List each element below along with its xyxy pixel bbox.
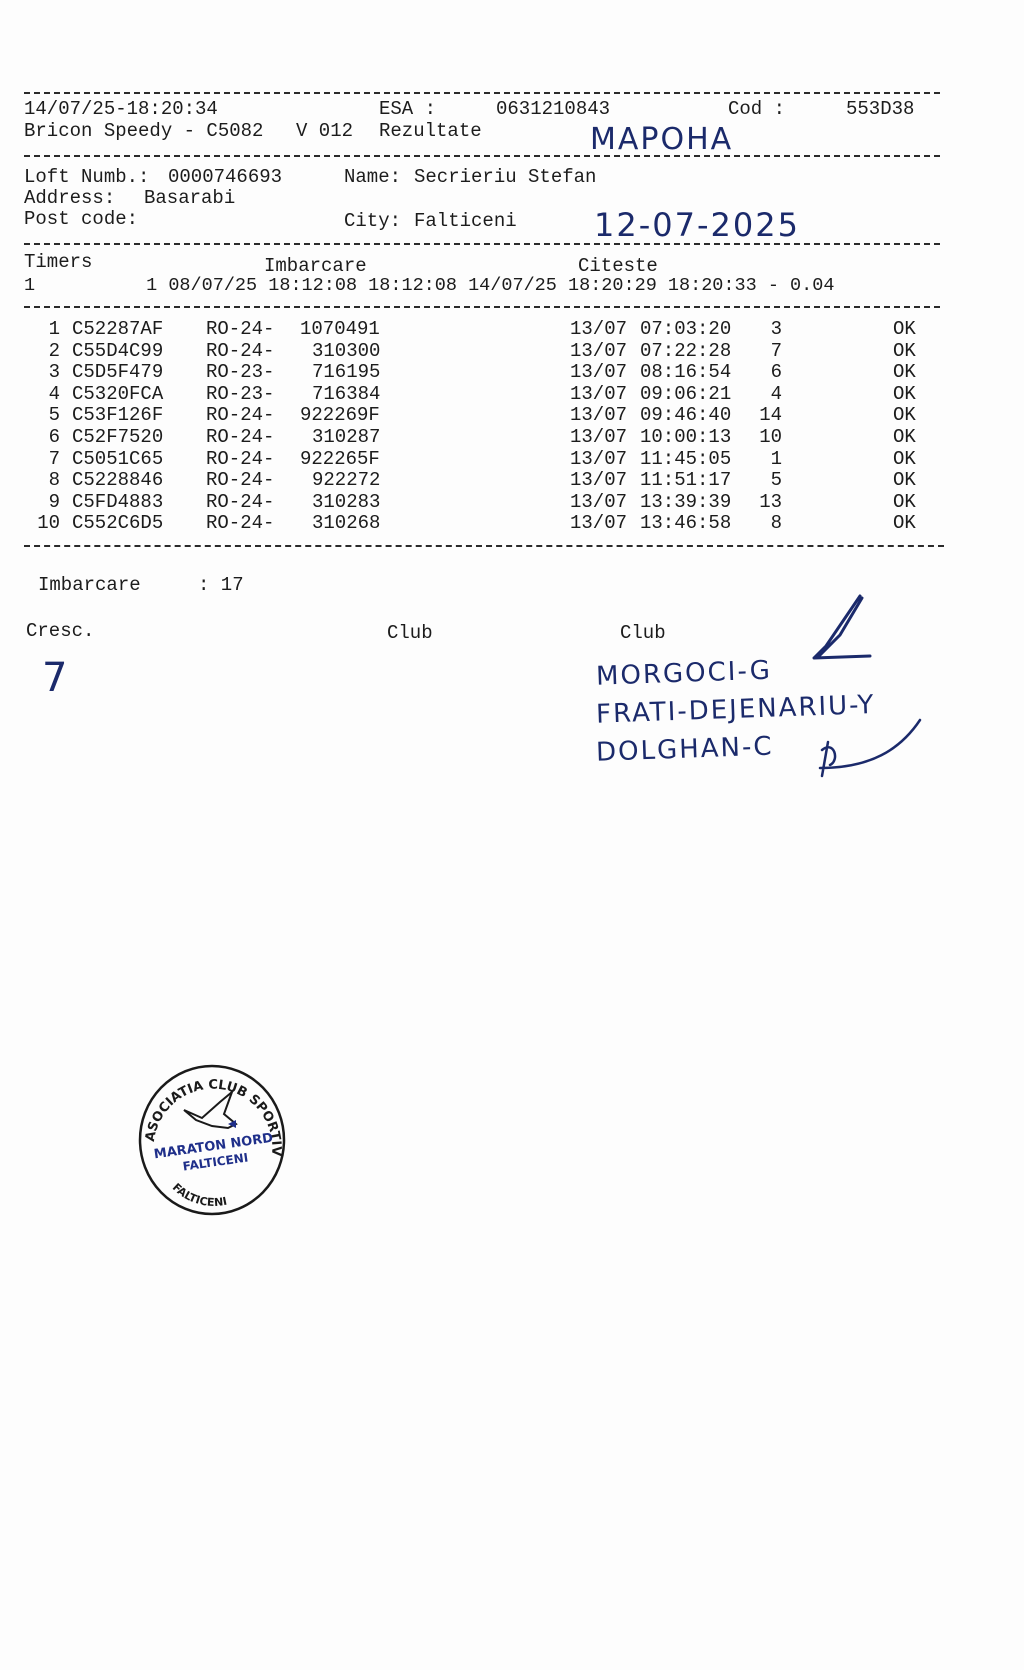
cell-n: 6: [752, 361, 782, 383]
cell-status: OK: [893, 361, 916, 383]
cell-pos: 6: [24, 426, 60, 448]
cell-ring-prefix: RO-24-: [206, 404, 274, 426]
cell-ring-prefix: RO-24-: [206, 426, 274, 448]
cell-pos: 5: [24, 404, 60, 426]
postcode-label: Post code:: [24, 208, 138, 230]
cresc-label: Cresc.: [26, 620, 94, 642]
esa-value: 0631210843: [496, 98, 610, 120]
dove-icon: [184, 1092, 236, 1128]
cell-date: 13/07: [570, 469, 627, 491]
cell-ring: 310300: [312, 340, 412, 362]
cell-ring-prefix: RO-24-: [206, 512, 274, 534]
name-value: Secrieriu Stefan: [414, 166, 596, 188]
document-title: Rezultate: [379, 120, 482, 142]
table-row: 3C5D5F479RO-23-71619513/0708:16:546OK: [0, 361, 1024, 383]
table-row: 9C5FD4883RO-24-31028313/0713:39:3913OK: [0, 491, 1024, 513]
timers-row: 1 1 08/07/25 18:12:08 18:12:08 14/07/25 …: [24, 275, 834, 297]
cell-ring-prefix: RO-24-: [206, 448, 274, 470]
cell-status: OK: [893, 383, 916, 405]
cell-status: OK: [893, 404, 916, 426]
cell-n: 7: [752, 340, 782, 362]
loft-number-label: Loft Numb.:: [24, 166, 149, 188]
cell-date: 13/07: [570, 491, 627, 513]
divider: [24, 545, 944, 547]
cell-chip: C5228846: [72, 469, 163, 491]
device-name: Bricon Speedy - C5082: [24, 120, 263, 142]
cell-date: 13/07: [570, 426, 627, 448]
table-row: 6C52F7520RO-24-31028713/0710:00:1310OK: [0, 426, 1024, 448]
signature-scribble: [800, 590, 940, 790]
cell-time: 09:46:40: [640, 404, 731, 426]
cell-date: 13/07: [570, 448, 627, 470]
name-label: Name:: [344, 166, 401, 188]
club-stamp: ASOCIATIA CLUB SPORTIV COLUMBOFIL FALTIC…: [132, 1058, 292, 1218]
imbarcare-summary-value: : 17: [198, 574, 244, 596]
cell-pos: 9: [24, 491, 60, 513]
cod-label: Cod :: [728, 98, 785, 120]
table-row: 1C52287AFRO-24-107049113/0707:03:203OK: [0, 318, 1024, 340]
cell-chip: C5051C65: [72, 448, 163, 470]
cell-ring: 310283: [312, 491, 412, 513]
imbarcare-summary-label: Imbarcare: [38, 574, 141, 596]
timers-imbarcare-label: Imbarcare: [264, 255, 367, 277]
cell-ring-prefix: RO-24-: [206, 469, 274, 491]
cell-chip: C52F7520: [72, 426, 163, 448]
cell-ring: 922272: [312, 469, 412, 491]
cell-ring: 922265F: [300, 448, 400, 470]
cell-chip: C52287AF: [72, 318, 163, 340]
cell-ring-prefix: RO-23-: [206, 361, 274, 383]
timers-label: Timers: [24, 251, 92, 273]
cell-date: 13/07: [570, 361, 627, 383]
cell-date: 13/07: [570, 318, 627, 340]
cell-pos: 2: [24, 340, 60, 362]
cell-time: 10:00:13: [640, 426, 731, 448]
timers-citeste-label: Citeste: [578, 255, 658, 277]
cell-n: 3: [752, 318, 782, 340]
cell-time: 09:06:21: [640, 383, 731, 405]
cod-value: 553D38: [846, 98, 914, 120]
divider: [24, 92, 940, 94]
cell-time: 11:45:05: [640, 448, 731, 470]
cell-chip: C5320FCA: [72, 383, 163, 405]
cell-chip: C53F126F: [72, 404, 163, 426]
cell-pos: 8: [24, 469, 60, 491]
cell-chip: C552C6D5: [72, 512, 163, 534]
table-row: 8C5228846RO-24-92227213/0711:51:175OK: [0, 469, 1024, 491]
address-value: Basarabi: [144, 187, 235, 209]
cell-date: 13/07: [570, 404, 627, 426]
cell-status: OK: [893, 426, 916, 448]
results-table: 1C52287AFRO-24-107049113/0707:03:203OK2C…: [0, 318, 1024, 538]
cell-time: 13:46:58: [640, 512, 731, 534]
table-row: 7C5051C65RO-24-922265F13/0711:45:051OK: [0, 448, 1024, 470]
cell-ring: 1070491: [300, 318, 400, 340]
cell-time: 11:51:17: [640, 469, 731, 491]
cell-status: OK: [893, 512, 916, 534]
divider: [24, 155, 940, 157]
cell-date: 13/07: [570, 512, 627, 534]
cell-n: 8: [752, 512, 782, 534]
cell-date: 13/07: [570, 383, 627, 405]
cell-chip: C5D5F479: [72, 361, 163, 383]
divider: [24, 306, 940, 308]
cell-chip: C5FD4883: [72, 491, 163, 513]
device-version: V 012: [296, 120, 353, 142]
city-value: Falticeni: [414, 210, 517, 232]
table-row: 2C55D4C99RO-24-31030013/0707:22:287OK: [0, 340, 1024, 362]
cell-ring-prefix: RO-24-: [206, 318, 274, 340]
cell-pos: 7: [24, 448, 60, 470]
cell-time: 07:03:20: [640, 318, 731, 340]
club-label-1: Club: [387, 622, 433, 644]
cell-n: 4: [752, 383, 782, 405]
address-label: Address:: [24, 187, 115, 209]
cell-time: 07:22:28: [640, 340, 731, 362]
cell-pos: 3: [24, 361, 60, 383]
club-label-2: Club: [620, 622, 666, 644]
cell-status: OK: [893, 318, 916, 340]
cell-n: 13: [752, 491, 782, 513]
cell-ring-prefix: RO-24-: [206, 340, 274, 362]
cell-status: OK: [893, 491, 916, 513]
divider: [24, 243, 940, 245]
cell-chip: C55D4C99: [72, 340, 163, 362]
loft-number-value: 0000746693: [168, 166, 282, 188]
cell-ring: 310287: [312, 426, 412, 448]
cell-n: 1: [752, 448, 782, 470]
handwritten-race-name: MAPOHA: [590, 124, 733, 156]
cell-pos: 10: [24, 512, 60, 534]
cell-status: OK: [893, 448, 916, 470]
cell-n: 5: [752, 469, 782, 491]
cell-n: 10: [752, 426, 782, 448]
cell-time: 08:16:54: [640, 361, 731, 383]
print-datetime: 14/07/25-18:20:34: [24, 98, 218, 120]
cell-ring: 716195: [312, 361, 412, 383]
cresc-handwritten-mark: 7: [42, 656, 69, 700]
cell-ring: 922269F: [300, 404, 400, 426]
handwritten-date: 12-07-2025: [594, 208, 800, 242]
cell-ring-prefix: RO-24-: [206, 491, 274, 513]
cell-pos: 4: [24, 383, 60, 405]
esa-label: ESA :: [379, 98, 436, 120]
cell-date: 13/07: [570, 340, 627, 362]
cell-status: OK: [893, 340, 916, 362]
cell-time: 13:39:39: [640, 491, 731, 513]
city-label: City:: [344, 210, 401, 232]
cell-ring-prefix: RO-23-: [206, 383, 274, 405]
table-row: 10C552C6D5RO-24-31026813/0713:46:588OK: [0, 512, 1024, 534]
cell-pos: 1: [24, 318, 60, 340]
cell-ring: 310268: [312, 512, 412, 534]
cell-n: 14: [752, 404, 782, 426]
cell-status: OK: [893, 469, 916, 491]
table-row: 5C53F126FRO-24-922269F13/0709:46:4014OK: [0, 404, 1024, 426]
table-row: 4C5320FCARO-23-71638413/0709:06:214OK: [0, 383, 1024, 405]
cell-ring: 716384: [312, 383, 412, 405]
